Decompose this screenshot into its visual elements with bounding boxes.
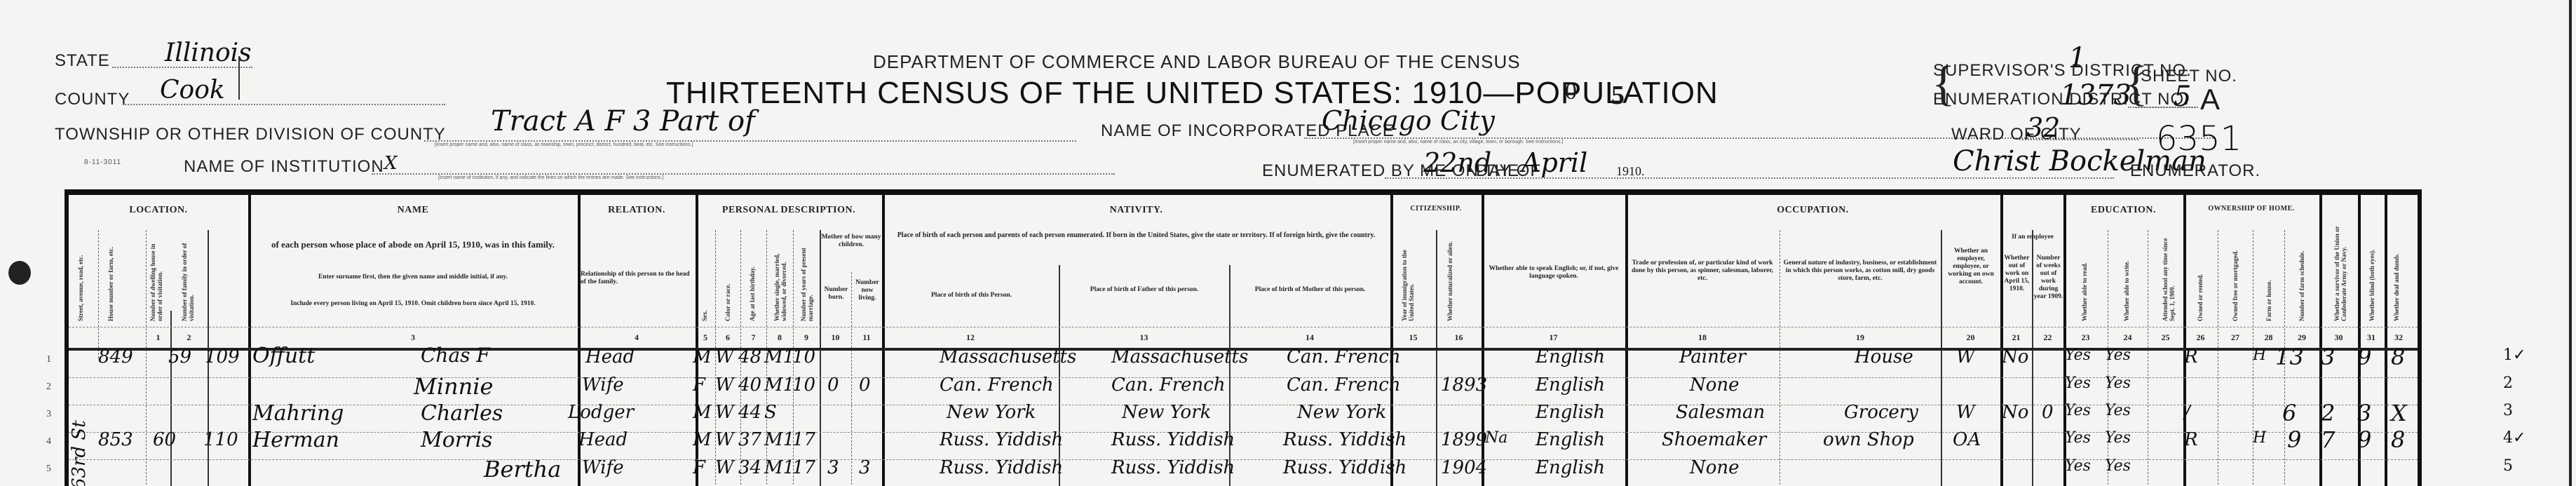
- cell-marital: M1: [764, 346, 794, 367]
- cell-given-name: Morris: [421, 428, 492, 452]
- tally-number: 2: [2503, 374, 2513, 392]
- colnum-16: 16: [1436, 332, 1482, 343]
- cell-born: 0: [827, 374, 839, 396]
- colnum-31: 31: [2358, 332, 2385, 343]
- cell-years-married: 17: [792, 429, 815, 450]
- header-owned: Owned or rented.: [2197, 237, 2204, 321]
- supervisor-value: 1: [2068, 42, 2086, 74]
- cell-trade: None: [1690, 374, 1740, 396]
- header-mother-of: Mother of how many children.: [821, 234, 881, 249]
- cell-employer: OA: [1953, 429, 1981, 450]
- header-relation: Relationship of this person to the head …: [581, 271, 693, 286]
- colnum-6: 6: [715, 332, 740, 343]
- cell-sex: M: [693, 346, 712, 367]
- colnum-1: 1: [146, 332, 170, 343]
- bracket-number: 5: [1611, 80, 1625, 111]
- county-value: Cook: [160, 76, 225, 104]
- section-name: NAME: [248, 205, 578, 216]
- cell-read: Yes: [2065, 346, 2091, 364]
- cell-color: W: [715, 346, 734, 367]
- cell-given-name: Minnie: [414, 373, 493, 400]
- punch-hole: [8, 261, 31, 285]
- cell-write: Yes: [2105, 457, 2131, 475]
- header-weeks-out: Number of weeks out of work during year …: [2033, 255, 2063, 301]
- cell-relation: Wife: [582, 457, 624, 478]
- cell-given-name: Charles: [421, 401, 503, 426]
- colnum-18: 18: [1625, 332, 1780, 343]
- department-heading: DEPARTMENT OF COMMERCE AND LABOR BUREAU …: [873, 51, 1521, 73]
- cell-schedule: 13: [2275, 344, 2304, 370]
- colnum-17: 17: [1482, 332, 1625, 343]
- tally-check: 1✓: [2503, 346, 2526, 364]
- line-number: 2: [46, 382, 51, 393]
- cell-write: Yes: [2105, 429, 2131, 447]
- cell-employer: W: [1956, 402, 1975, 423]
- cell-weeks-out: 0: [2042, 402, 2054, 423]
- enum-district-value: 1373: [2060, 79, 2131, 112]
- cell-color: W: [715, 457, 734, 478]
- colnum-27: 27: [2218, 332, 2253, 343]
- cell-relation: Lodger: [568, 402, 634, 423]
- header-living: Number now living.: [853, 279, 882, 302]
- enumerated-year: 1910.: [1616, 164, 1645, 179]
- header-schedule: Number of farm schedule.: [2298, 237, 2305, 321]
- cell-write: Yes: [2105, 346, 2131, 364]
- cell-immigration: 1893: [1441, 374, 1487, 396]
- colnum-24: 24: [2108, 332, 2148, 343]
- colnum-23: 23: [2063, 332, 2108, 343]
- cell-birth-father: Can. French: [1111, 374, 1226, 396]
- enumerated-month: April: [1521, 147, 1587, 178]
- cell-trade: Painter: [1679, 346, 1746, 367]
- cell-out-of-work: No: [2002, 346, 2028, 367]
- sheet-value: 5: [2174, 81, 2191, 113]
- header-name-main: of each person whose place of abode on A…: [255, 238, 571, 250]
- colnum-8: 8: [766, 332, 793, 343]
- ward-label: Ward of city: [1951, 125, 2082, 144]
- colnum-22: 22: [2032, 332, 2063, 343]
- section-citizenship: CITIZENSHIP.: [1390, 205, 1482, 212]
- cell-deaf: 8: [2391, 426, 2405, 453]
- cell-birth-mother: Russ. Yiddish: [1283, 429, 1406, 450]
- line-number: 4: [46, 436, 51, 447]
- cell-age: 37: [738, 429, 761, 450]
- colnum-11: 11: [851, 332, 882, 343]
- header-family: Number of family in order of visitation.: [181, 237, 195, 321]
- header-school: Attended school any time since Sept. 1, …: [2162, 237, 2176, 321]
- cell-naturalized: Na: [1485, 429, 1507, 447]
- colnum-26: 26: [2183, 332, 2218, 343]
- cell-trade: None: [1690, 457, 1740, 478]
- header-birth-person: Place of birth of this Person.: [886, 292, 1057, 299]
- cell-deaf: X: [2391, 400, 2407, 426]
- cell-english: English: [1536, 457, 1605, 478]
- ward-value: 32: [2026, 112, 2060, 143]
- header-employer: Whether an employer, employee, or workin…: [1942, 248, 2000, 286]
- colnum-3: 3: [248, 332, 578, 343]
- section-nativity: NATIVITY.: [882, 205, 1390, 216]
- cell-english: English: [1536, 402, 1605, 423]
- cell-sex: F: [693, 374, 705, 396]
- cell-dwelling: 60: [153, 429, 176, 450]
- stamp-number: 6351: [2156, 119, 2242, 158]
- cell-schedule: 9: [2287, 426, 2301, 453]
- cell-birth-person: Russ. Yiddish: [940, 457, 1063, 478]
- cell-blind: 9: [2357, 426, 2371, 453]
- cell-surname: Herman: [252, 428, 339, 452]
- cell-family: 110: [203, 429, 238, 450]
- cell-birth-person: New York: [947, 402, 1036, 423]
- cell-birth-mother: New York: [1297, 402, 1386, 423]
- cell-house: 849: [98, 346, 133, 367]
- header-english: Whether able to speak English; or, if no…: [1486, 265, 1621, 281]
- cell-birth-person: Russ. Yiddish: [940, 429, 1063, 450]
- colnum-4: 4: [578, 332, 696, 343]
- colnum-5: 5: [696, 332, 715, 343]
- header-blind: Whether blind (both eyes).: [2368, 209, 2375, 321]
- header-street: Street, avenue, road, etc.: [77, 237, 84, 321]
- colnum-7: 7: [740, 332, 766, 343]
- header-read: Whether able to read.: [2081, 237, 2088, 321]
- cell-birth-person: Massachusetts: [940, 346, 1076, 367]
- cell-living: 0: [859, 374, 871, 396]
- cell-birth-father: Massachusetts: [1111, 346, 1248, 367]
- cell-years-married: 10: [792, 374, 815, 396]
- incorporated-note: [Insert proper name and, also, name of c…: [1353, 140, 1563, 144]
- cell-years-married: 10: [792, 346, 815, 367]
- cell-marital: M1: [764, 457, 794, 478]
- cell-veteran: 3: [2321, 344, 2335, 370]
- tally-number: 3: [2503, 402, 2513, 419]
- cell-english: English: [1536, 429, 1605, 450]
- sheet-letter: A: [2200, 83, 2220, 116]
- incorporated-value: Chicago City: [1322, 105, 1495, 136]
- cell-surname: Offutt: [252, 344, 315, 368]
- header-age: Age at last birthday.: [749, 237, 756, 321]
- township-line: [424, 140, 1076, 142]
- cell-industry: Grocery: [1844, 402, 1918, 423]
- cell-surname: Mahring: [252, 401, 344, 426]
- colnum-2: 2: [170, 332, 208, 343]
- colnum-12: 12: [882, 332, 1059, 343]
- tally-check: 4✓: [2503, 429, 2526, 447]
- cell-read: Yes: [2065, 402, 2091, 419]
- header-born: Number born.: [821, 286, 851, 302]
- cell-read: Yes: [2065, 429, 2091, 447]
- colnum-30: 30: [2319, 332, 2358, 343]
- cell-out-of-work: No: [2002, 402, 2028, 423]
- colnum-21: 21: [2000, 332, 2032, 343]
- colnum-9: 9: [793, 332, 820, 343]
- cell-relation: Wife: [582, 374, 624, 396]
- colnum-14: 14: [1229, 332, 1390, 343]
- institution-line: [372, 173, 1115, 175]
- header-immigration: Year of immigration to the United States…: [1401, 237, 1415, 321]
- section-education: EDUCATION.: [2063, 205, 2183, 216]
- header-years-married: Number of years of present marriage.: [800, 237, 814, 321]
- colnum-28: 28: [2253, 332, 2284, 343]
- header-house-number: House number or farm, etc.: [107, 237, 114, 321]
- header-farm: Farm or house.: [2265, 237, 2272, 321]
- cell-employer: W: [1956, 346, 1975, 367]
- section-relation: RELATION.: [578, 205, 696, 216]
- header-veteran: Whether a survivor of the Union or Confe…: [2333, 199, 2347, 321]
- cell-birth-mother: Can. French: [1287, 374, 1401, 396]
- header-birth-mother: Place of birth of Mother of this person.: [1231, 286, 1389, 294]
- cell-given-name: Chas F: [421, 344, 490, 367]
- institution-note: [Insert name of institution, if any, and…: [438, 175, 663, 180]
- cell-birth-mother: Can. French: [1287, 346, 1401, 367]
- cell-blind: 3: [2357, 400, 2371, 426]
- colnum-19: 19: [1780, 332, 1941, 343]
- header-dwelling: Number of dwelling house in order of vis…: [149, 237, 163, 321]
- cell-sex: M: [693, 429, 712, 450]
- header-industry: General nature of industry, business, or…: [1783, 259, 1937, 283]
- cell-immigration: 1904: [1441, 457, 1487, 478]
- cell-owned: R: [2184, 346, 2198, 367]
- colnum-15: 15: [1390, 332, 1436, 343]
- cell-english: English: [1536, 346, 1605, 367]
- header-name-instr2: Include every person living on April 15,…: [255, 300, 571, 308]
- cell-farm: H: [2253, 429, 2266, 447]
- township-note: [Insert proper name and, also, name of c…: [435, 142, 693, 147]
- line-number: 1: [46, 354, 51, 365]
- header-nativity-main: Place of birth of each person and parent…: [889, 231, 1383, 239]
- section-personal: PERSONAL DESCRIPTION.: [696, 205, 882, 216]
- cell-farm: H: [2253, 346, 2266, 364]
- cell-marital: M1: [764, 374, 794, 396]
- institution-label: Name of institution: [184, 157, 384, 177]
- header-naturalized: Whether naturalized or alien.: [1446, 237, 1453, 321]
- tally-number: 5: [2503, 457, 2513, 475]
- cell-relation: Head: [585, 346, 635, 367]
- township-label: Township or other division of county: [55, 125, 446, 144]
- cell-birth-father: New York: [1122, 402, 1211, 423]
- header-free: Owned free or mortgaged.: [2232, 237, 2239, 321]
- cell-sex: F: [693, 457, 705, 478]
- brace-mark: [238, 56, 240, 100]
- cell-living: 3: [859, 457, 871, 478]
- header-trade: Trade or profession of, or particular ki…: [1629, 259, 1776, 283]
- cell-deaf: 8: [2391, 344, 2405, 370]
- cell-immigration: 1899: [1441, 429, 1487, 450]
- cell-age: 40: [738, 374, 761, 396]
- colnum-29: 29: [2284, 332, 2319, 343]
- cell-marital: M1: [764, 429, 794, 450]
- street-name: 63rd St: [69, 356, 90, 486]
- cell-years-married: 17: [792, 457, 815, 478]
- header-write: Whether able to write.: [2123, 237, 2130, 321]
- institution-code: 8-11-3011: [84, 158, 121, 166]
- cell-color: W: [715, 429, 734, 450]
- cell-blind: 9: [2357, 344, 2371, 370]
- cell-marital: S: [764, 402, 777, 423]
- cell-relation: Head: [578, 429, 628, 450]
- section-ownership: OWNERSHIP OF HOME.: [2183, 205, 2319, 212]
- header-deaf: Whether deaf and dumb.: [2393, 209, 2400, 321]
- cell-birth-mother: Russ. Yiddish: [1283, 457, 1406, 478]
- colnum-10: 10: [820, 332, 851, 343]
- cell-age: 34: [738, 457, 761, 478]
- cell-color: W: [715, 402, 734, 423]
- state-label: State: [55, 51, 110, 71]
- page-edge: [2569, 0, 2572, 486]
- cell-trade: Shoemaker: [1662, 429, 1766, 450]
- cell-industry: own Shop: [1823, 429, 1914, 450]
- cell-color: W: [715, 374, 734, 396]
- cell-family: 109: [205, 346, 240, 367]
- header-out-of-work: Whether out of work on April 15, 1910.: [2002, 255, 2032, 293]
- cell-birth-person: Can. French: [940, 374, 1054, 396]
- header-if-employee: If an employee: [2002, 234, 2063, 241]
- cell-dwelling: 59: [168, 346, 191, 367]
- cell-english: English: [1536, 374, 1605, 396]
- cell-birth-father: Russ. Yiddish: [1111, 457, 1235, 478]
- section-location: LOCATION.: [69, 205, 248, 216]
- section-occupation: OCCUPATION.: [1625, 205, 2000, 216]
- colnum-32: 32: [2385, 332, 2413, 343]
- cell-given-name: Bertha: [484, 456, 561, 482]
- cell-birth-father: Russ. Yiddish: [1111, 429, 1235, 450]
- line-number: 5: [46, 464, 51, 475]
- header-birth-father: Place of birth of Father of this person.: [1061, 286, 1228, 294]
- cell-write: Yes: [2105, 374, 2131, 392]
- cell-read: Yes: [2065, 374, 2091, 392]
- cell-industry: House: [1855, 346, 1913, 367]
- cell-veteran: 7: [2321, 426, 2335, 453]
- colnum-13: 13: [1059, 332, 1229, 343]
- cell-schedule: 6: [2282, 400, 2296, 426]
- header-name-instr1: Enter surname first, then the given name…: [255, 274, 571, 281]
- colnum-25: 25: [2148, 332, 2183, 343]
- cell-owned: /: [2184, 402, 2190, 423]
- line-number: 3: [46, 409, 51, 420]
- county-label: County: [55, 90, 130, 109]
- header-sex: Sex.: [701, 279, 708, 321]
- cell-write: Yes: [2105, 402, 2131, 419]
- header-marital: Whether single, married, widowed, or div…: [773, 237, 787, 321]
- title-mark: 0: [1565, 79, 1577, 105]
- cell-read: Yes: [2065, 457, 2091, 475]
- enumerator-label: Enumerator.: [2130, 161, 2260, 181]
- cell-born: 3: [827, 457, 839, 478]
- cell-age: 48: [738, 346, 761, 367]
- colnum-20: 20: [1941, 332, 2000, 343]
- header-color: Color or race.: [724, 251, 731, 321]
- cell-house: 853: [98, 429, 133, 450]
- cell-veteran: 2: [2321, 400, 2335, 426]
- cell-owned: R: [2184, 429, 2198, 450]
- census-title: THIRTEENTH CENSUS OF THE UNITED STATES: …: [666, 76, 1719, 111]
- cell-age: 44: [738, 402, 761, 423]
- cell-sex: M: [693, 402, 712, 423]
- institution-value: X: [384, 153, 398, 174]
- cell-trade: Salesman: [1676, 402, 1765, 423]
